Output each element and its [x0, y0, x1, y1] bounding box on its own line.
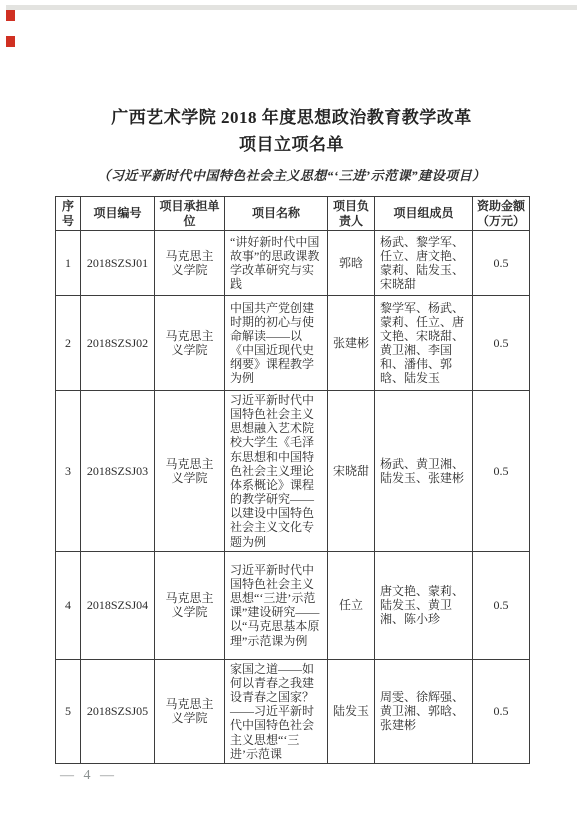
row-project-leader: 任立	[328, 551, 375, 659]
table-row: 32018SZSJ03马克思主义学院习近平新时代中国特色社会主义思想融入艺术院校…	[56, 391, 530, 552]
scan-artifact-band	[6, 5, 577, 10]
row-project-code: 2018SZSJ05	[81, 659, 155, 763]
row-undertaking-unit: 马克思主义学院	[155, 231, 225, 296]
row-undertaking-unit: 马克思主义学院	[155, 551, 225, 659]
row-project-code: 2018SZSJ04	[81, 551, 155, 659]
header-undertaking-unit: 项目承担单位	[155, 197, 225, 231]
row-undertaking-unit: 马克思主义学院	[155, 391, 225, 552]
header-funding-amount: 资助金额（万元）	[473, 197, 530, 231]
row-funding-amount: 0.5	[473, 296, 530, 391]
document-title-line1: 广西艺术学院 2018 年度思想政治教育教学改革	[0, 104, 583, 131]
row-project-name: 中国共产党创建时期的初心与使命解读——以《中国近现代史纲要》课程教学为例	[225, 296, 328, 391]
row-serial-number: 1	[56, 231, 81, 296]
header-project-code: 项目编号	[81, 197, 155, 231]
header-project-members: 项目组成员	[375, 197, 473, 231]
row-project-leader: 陆发玉	[328, 659, 375, 763]
row-funding-amount: 0.5	[473, 231, 530, 296]
red-annotation-mark	[6, 36, 15, 47]
row-project-name: “讲好新时代中国故事”的思政课教学改革研究与实践	[225, 231, 328, 296]
row-project-members: 周雯、徐辉强、黄卫湘、郭晗、张建彬	[375, 659, 473, 763]
row-project-members: 唐文艳、蒙莉、陆发玉、黄卫湘、陈小珍	[375, 551, 473, 659]
row-funding-amount: 0.5	[473, 391, 530, 552]
project-approval-table: 序号 项目编号 项目承担单位 项目名称 项目负责人 项目组成员 资助金额（万元）…	[55, 196, 530, 764]
row-project-name: 习近平新时代中国特色社会主义思想融入艺术院校大学生《毛泽东思想和中国特色社会主义…	[225, 391, 328, 552]
row-project-name: 家国之道——如何以青春之我建设青春之国家？——习近平新时代中国特色社会主义思想“…	[225, 659, 328, 763]
row-funding-amount: 0.5	[473, 551, 530, 659]
header-serial-number: 序号	[56, 197, 81, 231]
row-serial-number: 2	[56, 296, 81, 391]
red-annotation-mark	[6, 10, 15, 21]
document-subtitle: （习近平新时代中国特色社会主义思想“‘三进’示范课”建设项目）	[0, 165, 583, 184]
row-serial-number: 4	[56, 551, 81, 659]
row-funding-amount: 0.5	[473, 659, 530, 763]
row-undertaking-unit: 马克思主义学院	[155, 659, 225, 763]
header-project-name: 项目名称	[225, 197, 328, 231]
page-number: — 4 —	[60, 768, 117, 784]
row-project-code: 2018SZSJ03	[81, 391, 155, 552]
table-row: 42018SZSJ04马克思主义学院习近平新时代中国特色社会主义思想“‘三进’示…	[56, 551, 530, 659]
row-project-members: 杨武、黄卫湘、陆发玉、张建彬	[375, 391, 473, 552]
table-row: 12018SZSJ01马克思主义学院“讲好新时代中国故事”的思政课教学改革研究与…	[56, 231, 530, 296]
table-body: 12018SZSJ01马克思主义学院“讲好新时代中国故事”的思政课教学改革研究与…	[56, 231, 530, 764]
row-project-members: 黎学军、杨武、蒙莉、任立、唐文艳、宋晓甜、黄卫湘、李国和、潘伟、郭晗、陆发玉	[375, 296, 473, 391]
header-project-leader: 项目负责人	[328, 197, 375, 231]
row-undertaking-unit: 马克思主义学院	[155, 296, 225, 391]
document-title-line2: 项目立项名单	[0, 131, 583, 158]
table-row: 22018SZSJ02马克思主义学院中国共产党创建时期的初心与使命解读——以《中…	[56, 296, 530, 391]
row-project-members: 杨武、黎学军、任立、唐文艳、蒙莉、陆发玉、宋晓甜	[375, 231, 473, 296]
row-project-leader: 郭晗	[328, 231, 375, 296]
row-project-code: 2018SZSJ02	[81, 296, 155, 391]
row-serial-number: 3	[56, 391, 81, 552]
table-row: 52018SZSJ05马克思主义学院家国之道——如何以青春之我建设青春之国家？—…	[56, 659, 530, 763]
row-project-leader: 宋晓甜	[328, 391, 375, 552]
row-serial-number: 5	[56, 659, 81, 763]
row-project-leader: 张建彬	[328, 296, 375, 391]
row-project-name: 习近平新时代中国特色社会主义思想“‘三进’示范课”建设研究——以“马克思基本原理…	[225, 551, 328, 659]
title-block: 广西艺术学院 2018 年度思想政治教育教学改革 项目立项名单 （习近平新时代中…	[0, 104, 583, 184]
table-header-row: 序号 项目编号 项目承担单位 项目名称 项目负责人 项目组成员 资助金额（万元）	[56, 197, 530, 231]
row-project-code: 2018SZSJ01	[81, 231, 155, 296]
